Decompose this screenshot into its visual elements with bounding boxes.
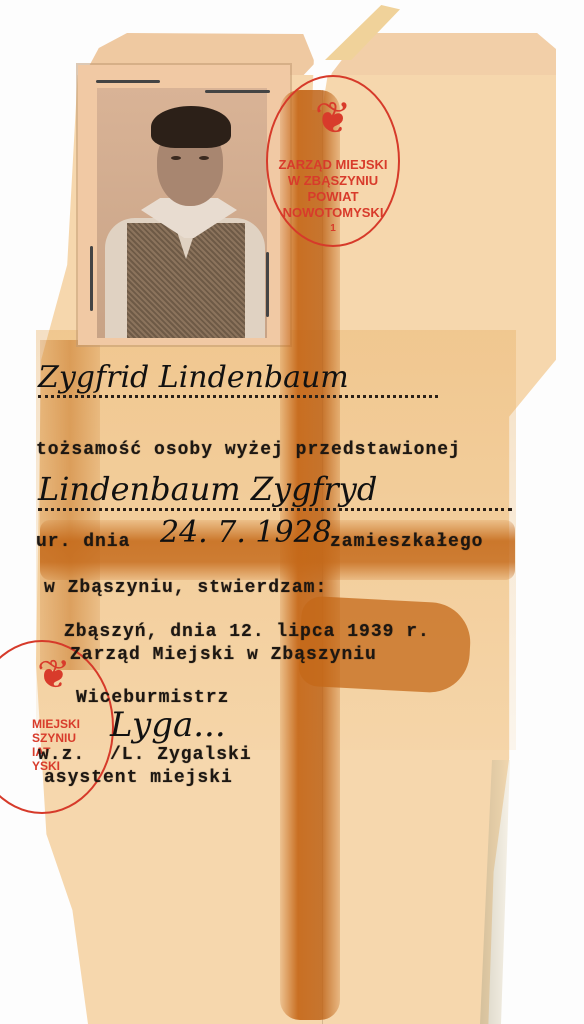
staple-top-left: [96, 80, 160, 83]
born-date: 24. 7. 1928: [160, 515, 332, 550]
stamp-line: NOWOTOMYSKI: [272, 205, 394, 221]
name-filled: Lindenbaum Zygfryd: [38, 470, 512, 511]
place-date: Zbąszyń, dnia 12. lipca 1939 r.: [64, 622, 430, 642]
photo-eye-right: [199, 156, 209, 160]
portrait-photo: [97, 88, 267, 338]
photo-eye-left: [171, 156, 181, 160]
eagle-emblem-icon: ❦: [37, 652, 71, 698]
municipal-stamp-top: ❦ ZARZĄD MIEJSKI W ZBĄSZYNIU POWIAT NOWO…: [266, 75, 400, 247]
stamp-line: MIEJSKI: [32, 717, 112, 731]
stamp-line: W ZBĄSZYNIU: [272, 173, 394, 189]
stamp-number: 1: [272, 221, 394, 237]
stamp-line: ZARZĄD MIEJSKI: [272, 157, 394, 173]
signatory-prefix: w.z.: [38, 745, 85, 765]
location-statement: w Zbąszyniu, stwierdzam:: [44, 578, 327, 598]
born-prefix: ur. dnia: [36, 532, 130, 552]
signature: Lyga...: [110, 705, 226, 745]
issuer: Zarząd Miejski w Zbąszyniu: [70, 645, 377, 665]
residence-suffix: zamieszkałego: [330, 532, 483, 552]
stamp-line: SZYNIU: [32, 731, 112, 745]
eagle-emblem-icon: ❦: [308, 89, 358, 149]
signatory-title: asystent miejski: [44, 768, 233, 788]
staple-right: [266, 252, 269, 317]
identity-statement: tożsamość osoby wyżej przedstawionej: [36, 440, 461, 460]
handwritten-name: Zygfrid Lindenbaum: [38, 360, 438, 398]
photo-hair: [151, 106, 231, 148]
stamp-line: POWIAT: [272, 189, 394, 205]
staple-left: [90, 246, 93, 311]
staple-top-right: [205, 90, 270, 93]
signatory-name: /L. Zygalski: [110, 745, 252, 765]
